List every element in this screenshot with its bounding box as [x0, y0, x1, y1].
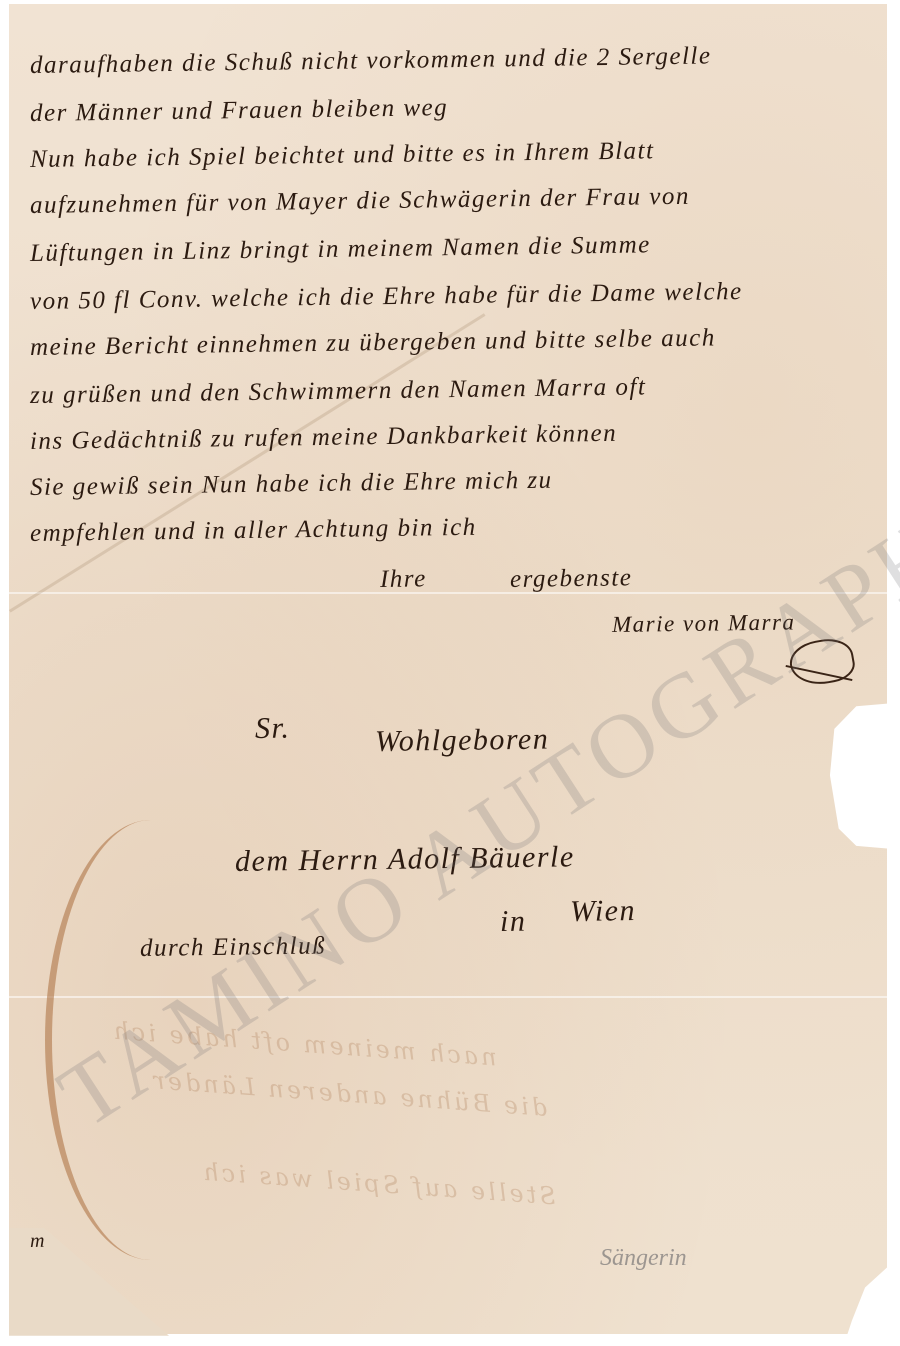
address-honorific: Sr.	[255, 712, 291, 746]
closing-salutation-right: ergebenste	[510, 564, 633, 594]
address-location-prefix: in	[500, 905, 527, 939]
body-line: der Männer und Frauen bleiben weg	[30, 94, 449, 128]
pencil-annotation: Sängerin	[600, 1245, 687, 1272]
horizontal-fold-crease	[9, 592, 887, 594]
edge-fragment: m	[30, 1230, 46, 1253]
closing-salutation-left: Ihre	[380, 565, 427, 594]
address-city: Wien	[570, 894, 636, 929]
